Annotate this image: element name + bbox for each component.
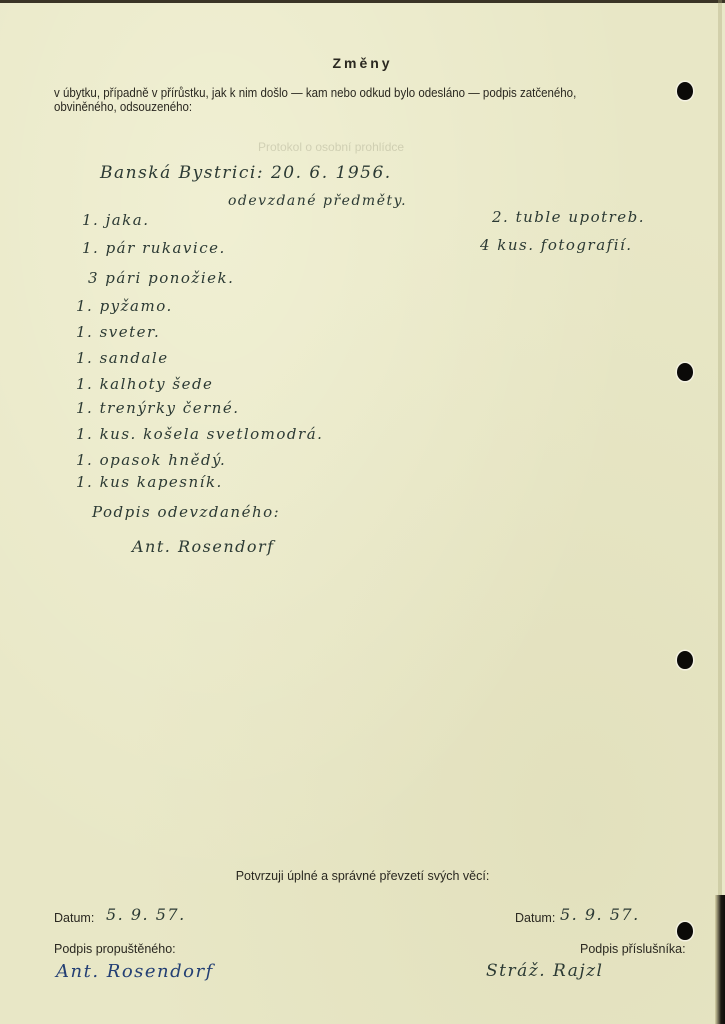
list-item-right: 2. tuble upotreb. <box>492 208 645 226</box>
punch-hole-icon <box>677 922 693 940</box>
punch-hole-icon <box>677 651 693 669</box>
list-item: 1. sveter. <box>76 323 160 341</box>
handwritten-signature-label: Podpis odevzdaného: <box>92 503 280 521</box>
handwritten-subtitle: odevzdané předměty. <box>228 193 407 209</box>
date-value-left: 5. 9. 57. <box>106 905 186 924</box>
handwritten-place-date: Banská Bystrici: 20. 6. 1956. <box>100 163 392 183</box>
list-item: 1. kus kapesník. <box>76 473 223 491</box>
date-label-right: Datum: <box>515 911 555 925</box>
page-title: Změny <box>0 55 725 71</box>
list-item: 1. kalhoty šede <box>76 375 213 393</box>
list-item: 1. trenýrky černé. <box>76 399 240 417</box>
scan-background-edge <box>715 895 725 1024</box>
released-signature-label: Podpis propuštěného: <box>54 942 176 956</box>
document-page: Protokol o osobní prohlídce Změny v úbyt… <box>0 3 722 1024</box>
list-item: 1. pyžamo. <box>76 297 173 315</box>
form-instruction: v úbytku, případně v přírůstku, jak k ni… <box>54 86 634 114</box>
list-item: 3 pári ponožiek. <box>88 269 234 287</box>
list-item-right: 4 kus. fotografií. <box>480 236 633 254</box>
punch-hole-icon <box>677 82 693 100</box>
list-item: 1. kus. košela svetlomodrá. <box>76 425 323 443</box>
handwritten-signature: Ant. Rosendorf <box>132 537 275 556</box>
date-value-right: 5. 9. 57. <box>560 905 640 924</box>
list-item: 1. sandale <box>76 349 169 367</box>
officer-signature: Stráž. Rajzl <box>486 961 604 981</box>
list-item: 1. opasok hnědý. <box>76 451 226 469</box>
list-item: 1. jaka. <box>82 211 149 229</box>
officer-signature-label: Podpis příslušníka: <box>580 942 686 956</box>
page-edge-shadow <box>718 0 722 1024</box>
list-item: 1. pár rukavice. <box>82 239 226 257</box>
punch-hole-icon <box>677 363 693 381</box>
date-label-left: Datum: <box>54 911 94 925</box>
released-signature: Ant. Rosendorf <box>56 961 214 982</box>
confirmation-text: Potvrzuji úplné a správné převzetí svých… <box>0 869 725 883</box>
bleed-through-text: Protokol o osobní prohlídce <box>258 140 404 154</box>
